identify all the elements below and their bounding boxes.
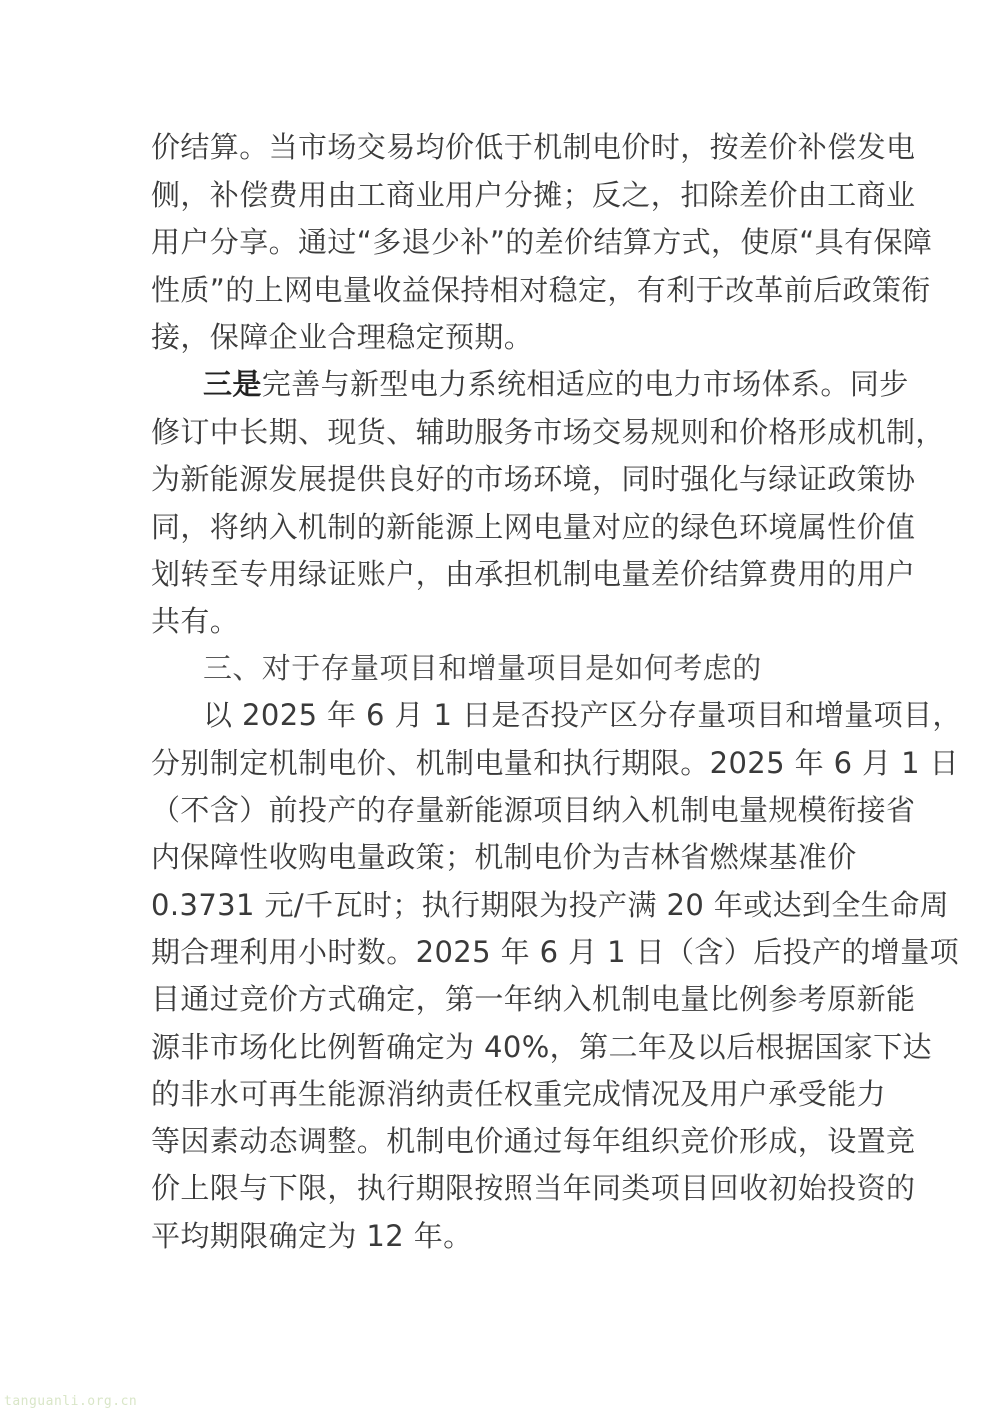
text-line-first: 以 2025 年 6 月 1 日是否投产区分存量项目和增量项目， bbox=[203, 695, 851, 735]
text-line: 期合理利用小时数。2025 年 6 月 1 日（含）后投产的增量项 bbox=[151, 932, 851, 972]
text-line: 修订中长期、现货、辅助服务市场交易规则和价格形成机制， bbox=[151, 412, 851, 452]
text-line: （不含）前投产的存量新能源项目纳入机制电量规模衔接省 bbox=[151, 790, 851, 830]
text-line: 同，将纳入机制的新能源上网电量对应的绿色环境属性价值 bbox=[151, 507, 851, 547]
text-line: 分别制定机制电价、机制电量和执行期限。2025 年 6 月 1 日 bbox=[151, 743, 851, 783]
text-line: 目通过竞价方式确定，第一年纳入机制电量比例参考原新能 bbox=[151, 979, 851, 1019]
text-line: 用户分享。通过“多退少补”的差价结算方式，使原“具有保障 bbox=[151, 222, 851, 262]
text-line: 价上限与下限，执行期限按照当年同类项目回收初始投资的 bbox=[151, 1168, 851, 1208]
document-page: 价结算。当市场交易均价低于机制电价时，按差价补偿发电 侧，补偿费用由工商业用户分… bbox=[0, 0, 1000, 1414]
text-line: 侧，补偿费用由工商业用户分摊；反之，扣除差价由工商业 bbox=[151, 175, 851, 215]
text-line: 0.3731 元/千瓦时；执行期限为投产满 20 年或达到全生命周 bbox=[151, 885, 851, 925]
text-line: 共有。 bbox=[151, 601, 851, 641]
text-line: 价结算。当市场交易均价低于机制电价时，按差价补偿发电 bbox=[151, 127, 851, 167]
text-line: 的非水可再生能源消纳责任权重完成情况及用户承受能力 bbox=[151, 1074, 851, 1114]
text-line: 平均期限确定为 12 年。 bbox=[151, 1216, 851, 1256]
text-line: 划转至专用绿证账户，由承担机制电量差价结算费用的用户 bbox=[151, 554, 851, 594]
text-line: 性质”的上网电量收益保持相对稳定，有利于改革前后政策衔 bbox=[151, 270, 851, 310]
text-line: 接，保障企业合理稳定预期。 bbox=[151, 317, 851, 357]
text-line: 为新能源发展提供良好的市场环境，同时强化与绿证政策协 bbox=[151, 459, 851, 499]
bold-lead: 三是 bbox=[203, 367, 262, 401]
watermark: tanguanli.org.cn bbox=[4, 1394, 137, 1409]
section-heading: 三、对于存量项目和增量项目是如何考虑的 bbox=[203, 648, 851, 688]
text-span: 完善与新型电力系统相适应的电力市场体系。同步 bbox=[262, 367, 909, 401]
text-line: 源非市场化比例暂确定为 40%，第二年及以后根据国家下达 bbox=[151, 1027, 851, 1067]
text-line: 等因素动态调整。机制电价通过每年组织竞价形成，设置竞 bbox=[151, 1121, 851, 1161]
text-line-first: 三是完善与新型电力系统相适应的电力市场体系。同步 bbox=[203, 364, 851, 404]
text-line: 内保障性收购电量政策；机制电价为吉林省燃煤基准价 bbox=[151, 837, 851, 877]
